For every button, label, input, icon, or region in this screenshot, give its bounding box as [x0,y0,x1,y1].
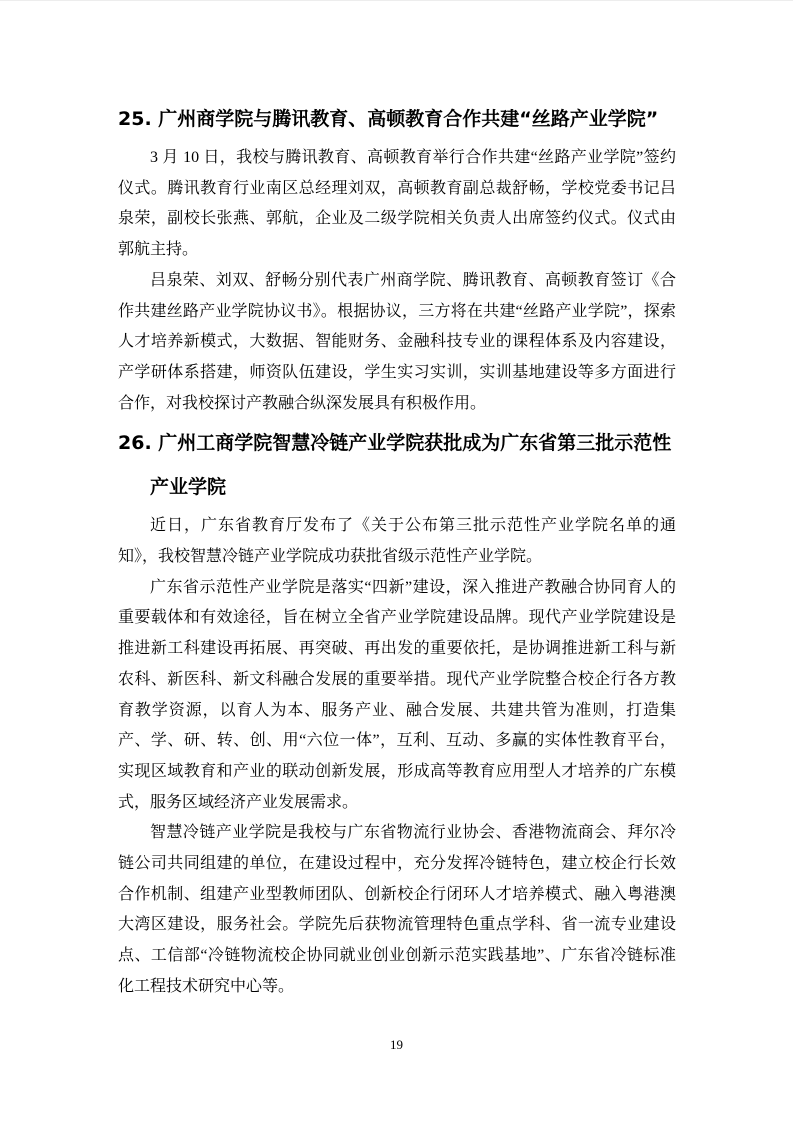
page-number: 19 [0,1037,793,1053]
paragraph-26-3: 智慧冷链产业学院是我校与广东省物流行业协会、香港物流商会、拜尔冷链公司共同组建的… [118,818,676,1002]
paragraph-26-2: 广东省示范性产业学院是落实“四新”建设，深入推进产教融合协同育人的重要载体和有效… [118,573,676,819]
paragraph-26-1: 近日，广东省教育厅发布了《关于公布第三批示范性产业学院名单的通知》，我校智慧冷链… [118,511,676,572]
section-heading-25: 25. 广州商学院与腾讯教育、高顿教育合作共建“丝路产业学院” [118,97,676,141]
page-content: 25. 广州商学院与腾讯教育、高顿教育合作共建“丝路产业学院” 3 月 10 日… [118,95,676,1003]
section-heading-26: 26. 广州工商学院智慧冷链产业学院获批成为广东省第三批示范性产业学院 [118,421,676,509]
paragraph-25-1: 3 月 10 日，我校与腾讯教育、高顿教育举行合作共建“丝路产业学院”签约仪式。… [118,143,676,266]
document-page: 25. 广州商学院与腾讯教育、高顿教育合作共建“丝路产业学院” 3 月 10 日… [0,0,793,1122]
paragraph-25-2: 吕泉荣、刘双、舒畅分别代表广州商学院、腾讯教育、高顿教育签订《合作共建丝路产业学… [118,266,676,420]
